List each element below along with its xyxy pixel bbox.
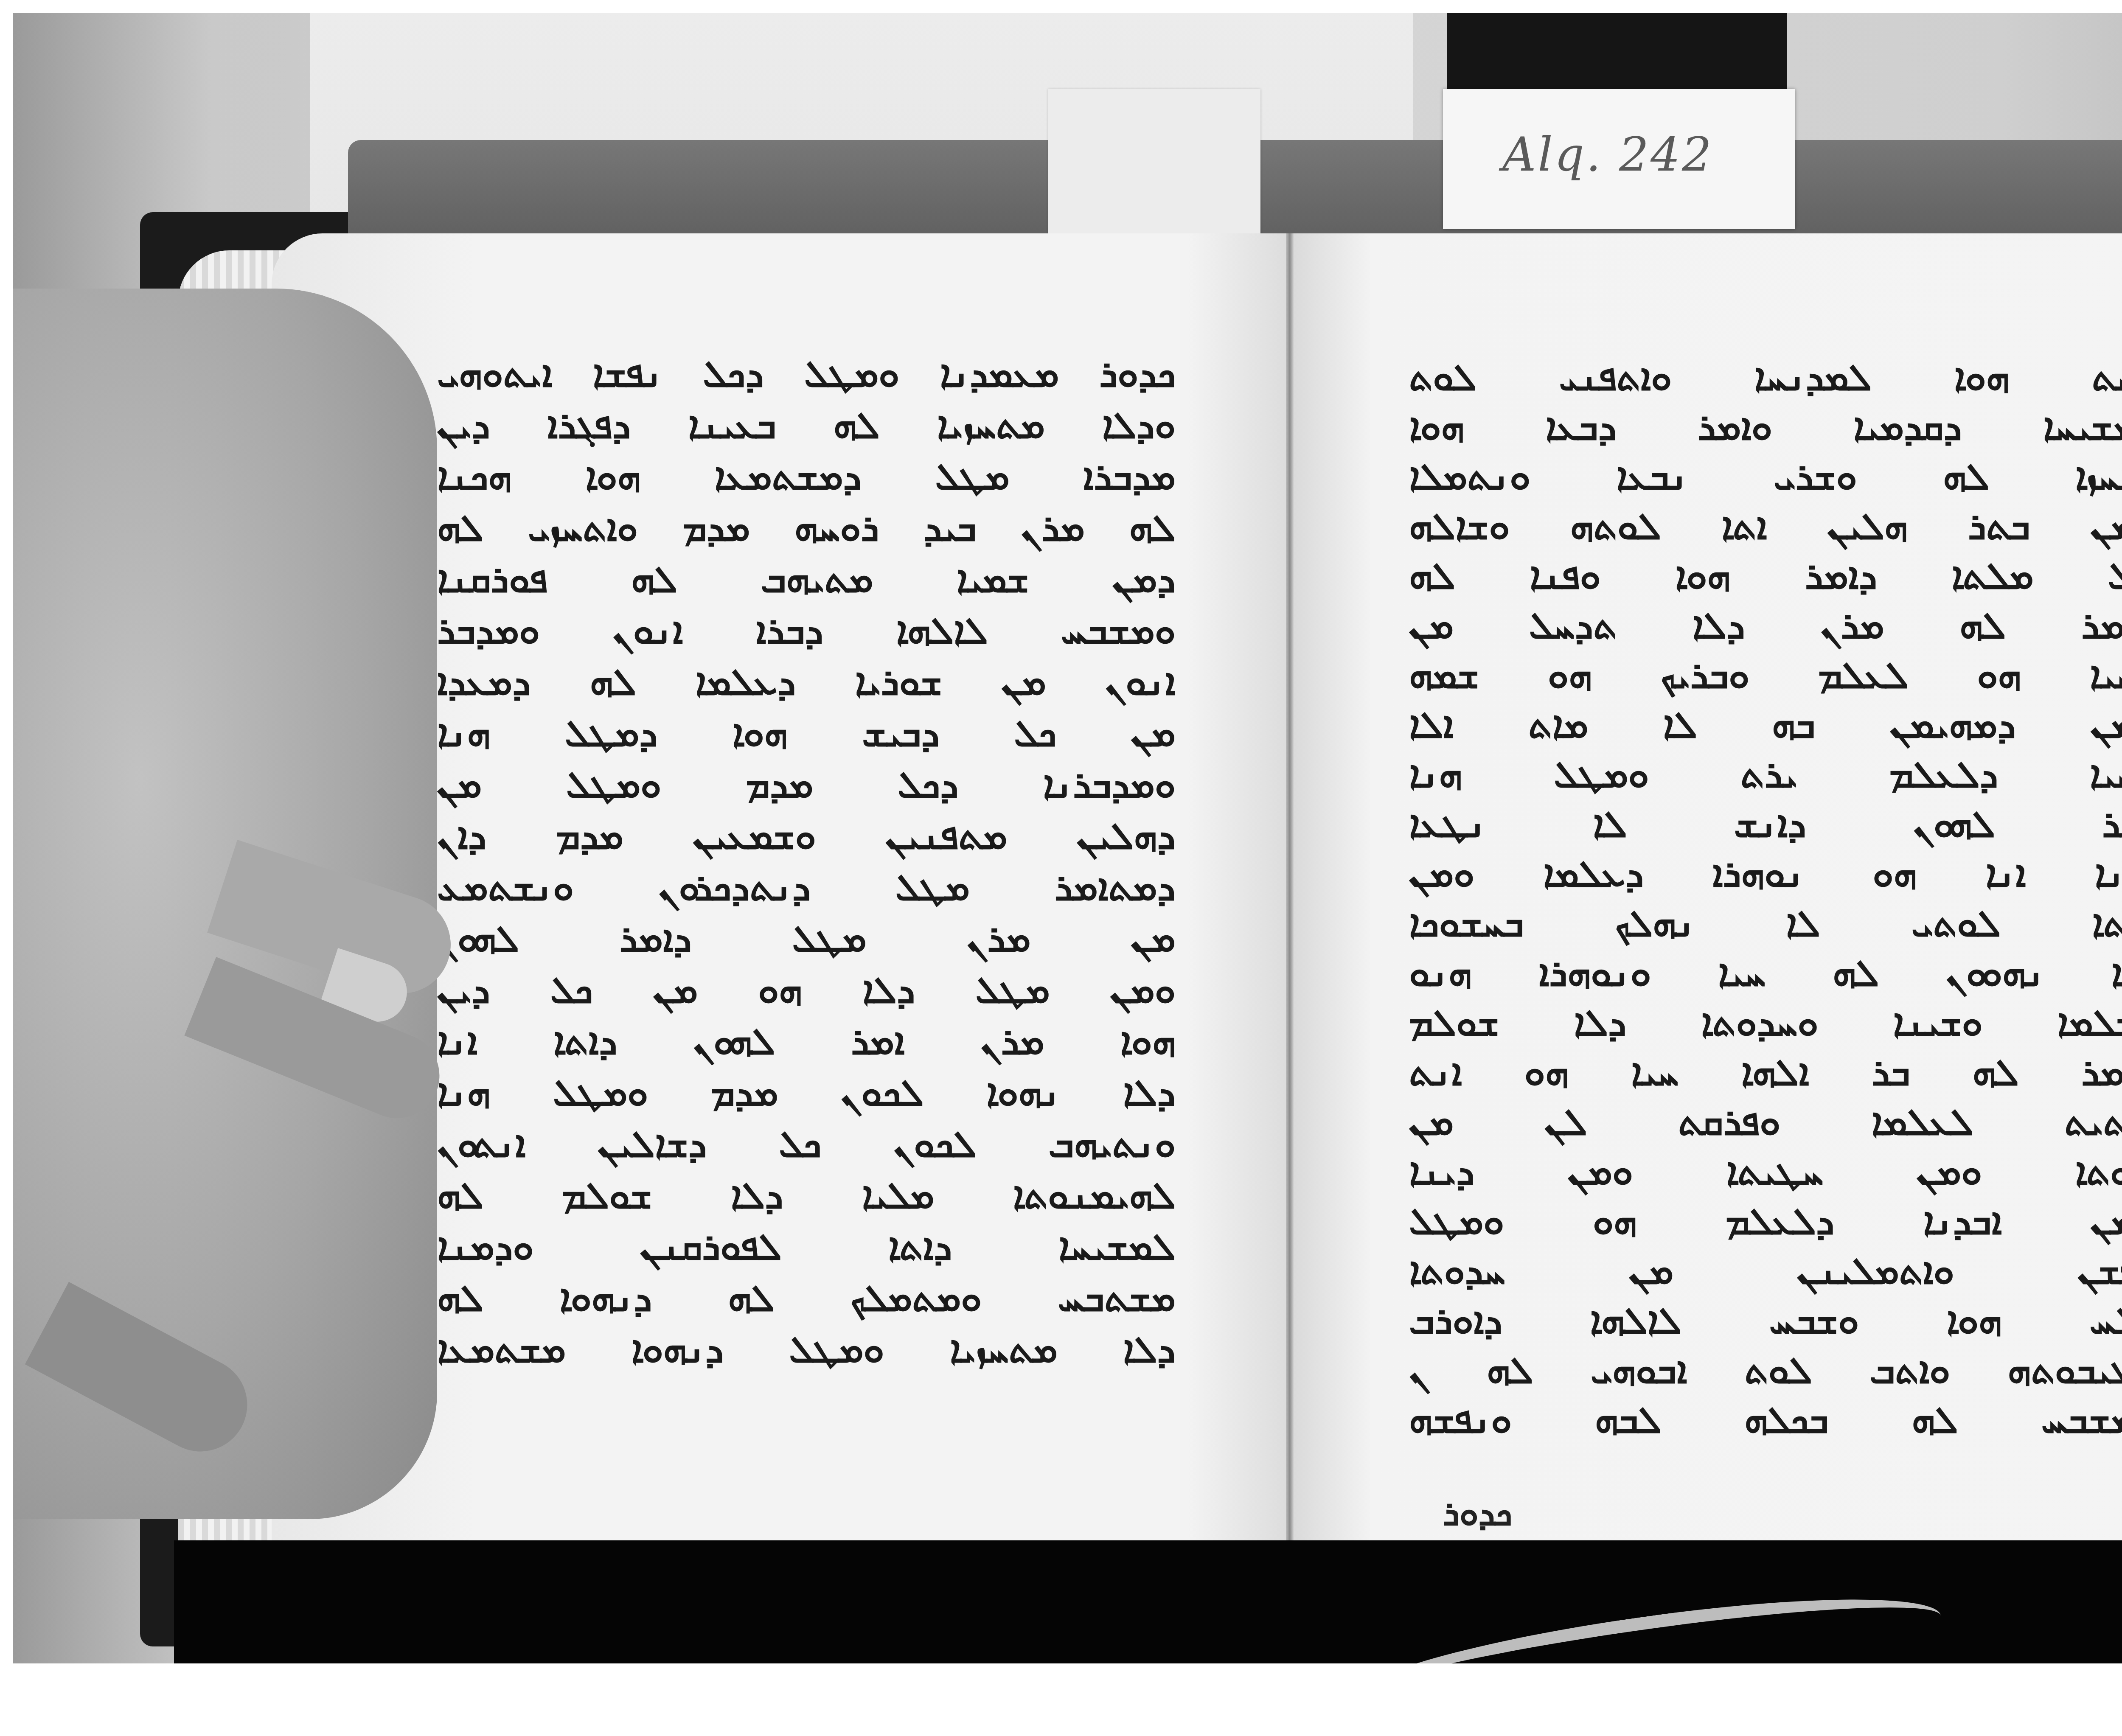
manuscript-line: ܘܐܡܪ ܠܗ ܒܪ ܐܠܗܐ ܚܝܐ ܗܘ ܐܢܬ (1409, 1047, 2122, 1097)
shelf-label: Alq. 242 (1443, 89, 1795, 229)
manuscript-line: ܦܠܚ ܗܘܐ ܘܫܒܚ ܠܐܠܗܐ ܕܐܘܪܒ (1409, 1296, 2122, 1345)
manuscript-line: ܘܡܢ ܒܬܪ ܗܠܝܢ ܐܬܐ ܠܘܬܗ ܘܫܐܠܗ (1409, 501, 2122, 551)
photo-frame: Alq. 242 ܟܕܘܪ ܡܥܡܕܢܐ ܘܡܛܠ ܕܟܠ ܢܦܫܐ ܐܝܬܘܗ… (13, 13, 2122, 1663)
manuscript-line: ܢܦܫܢ ܘܐܬܡܠܝܢܢ ܡܢ ܚܕܘܬܐ (1409, 1246, 2122, 1296)
manuscript-line: ܠܗ ܡܪܢ ܒܝܕ ܪܘܚܗ ܡܕܡ ܘܐܬܚܙܝ ܠܗ (437, 502, 1176, 553)
right-page-text: ܢܚܬ ܗܘܐ ܠܡܕܢܚܐ ܘܐܬܦܢܝ ܠܘܬ ܕܡܫܝܚܐ ܕܩܕܡܝܐ … (1409, 352, 2122, 1444)
manuscript-line: ܡܫܬܒܚ ܘܡܬܡܠܟ ܠܗ ܕܢܗܘܐ ܠܗ (437, 1272, 1176, 1324)
manuscript-line: ܗܘܐ ܡܪܢ ܐܡܪ ܠܗܘܢ ܕܐܬܐ ܐܢܐ (437, 1015, 1176, 1067)
manuscript-line: ܘܡܢ ܐܒܕܢܐ ܕܠܥܠܡ ܗܘ ܘܡܛܠ (1409, 1196, 2122, 1246)
manuscript-line: ܕܡܫܝܚܐ ܕܩܕܡܝܐ ܘܐܡܪ ܕܒܥܐ ܗܘܐ (1409, 402, 2122, 452)
manuscript-line: ܟܕܘܪ ܡܥܡܕܢܐ ܘܡܛܠ ܕܟܠ ܢܦܫܐ ܐܝܬܘܗܝ (437, 348, 1176, 399)
manuscript-line: ܕܚܝܐ ܗܘ ܠܥܠܡ ܘܒܪܝܟ ܗܘ ܫܡܗ (1409, 650, 2122, 700)
manuscript-line: ܘܢܬܝܗܒ ܠܟܘܢ ܟܠ ܕܫܐܠܝܢ ܐܢܬܘܢ (437, 1118, 1176, 1169)
manuscript-line: ܠܡܫܝܚܐ ܕܐܬܐ ܠܦܘܪܩܢܢ ܘܕܡܢܐ (437, 1221, 1176, 1272)
manuscript-line: ܕܠܐ ܢܗܘܐ ܠܟܘܢ ܡܕܡ ܘܡܛܠ ܗܢܐ (437, 1067, 1176, 1118)
manuscript-line: ܐܢܘܢ ܡܢ ܫܘܪܝܐ ܕܥܠܡܐ ܠܗ ܕܡܥܕܐ (437, 656, 1176, 707)
manuscript-line: ܕܡܢ ܫܡܝܐ ܡܬܝܗܒ ܠܗ ܦܘܪܩܢܐ (437, 553, 1176, 605)
manuscript-line: ܕܐܬܐ ܠܘܬܝ ܠܐ ܢܗܠܟ ܒܚܫܘܟܐ (1409, 898, 2122, 948)
manuscript-line: ܐܡܪ ܠܗܘܢ ܕܐܢܫ ܠܐ ܢܛܥܐ (1409, 799, 2122, 849)
manuscript-line: ܕܫܠܡܐ ܘܫܝܢܐ ܘܚܕܘܬܐ ܕܠܐ ܫܘܠܡ (1409, 998, 2122, 1047)
manuscript-line: ܕܢܚܙܐ ܠܗ ܘܫܪܝ ܢܒܥܐ ܘܢܬܡܠܐ (1409, 452, 2122, 501)
manuscript-line: ܘܕܠܐ ܡܬܚܙܝܐ ܠܗ ܒܥܝܢܐ ܕܦܓܪܐ ܕܝܢ (437, 399, 1176, 451)
manuscript-line: ܕܗܠܝܢ ܡܬܦܢܝܢ ܘܫܡܥܝܢ ܡܕܡ ܕܐܢ (437, 810, 1176, 861)
manuscript-line: ܘܡܕܒܪܢܐ ܕܟܠ ܡܕܡ ܘܡܛܠ ܡܢ (437, 759, 1176, 810)
manuscript-line: ܢܚܬ ܗܘܐ ܠܡܕܢܚܐ ܘܐܬܦܢܝ ܠܘܬ (1409, 352, 2122, 402)
manuscript-line: ܒܛܝܒܘܬܗ ܘܐܬܒ ܠܘܬ ܐܒܘܗܝ ܠܗ ܢ (1409, 1345, 2122, 1395)
manuscript-line: ܡܕܒܪܐ ܡܛܠ ܕܡܫܬܡܥܐ ܗܘܐ ܗܟܢܐ (437, 451, 1176, 502)
shelf-mark-text: Alq. 242 (1502, 127, 1713, 182)
book-gutter (1286, 233, 1294, 1634)
manuscript-line: ܕܐܬܝܬ ܠܥܠܡܐ ܘܦܪܩܬ ܠܢ ܡܢ (1409, 1097, 2122, 1147)
manuscript-line: ܡܢ ܟܠ ܕܒܝܫ ܗܘܐ ܕܡܛܠ ܗܢܐ (437, 707, 1176, 759)
manuscript-line: ܥܠ ܡܠܬܐ ܕܐܡܪ ܗܘܐ ܘܦܢܐ ܠܗ (1409, 551, 2122, 600)
manuscript-line: ܐܠܐ ܢܗܘܘܢ ܠܗ ܚܝܐ ܘܢܘܗܪܐ ܗܢܘ (1409, 948, 2122, 998)
manuscript-line: ܡܘܬܐ ܘܡܢ ܚܛܝܬܐ ܘܡܢ ܕܝܢܐ (1409, 1147, 2122, 1196)
manuscript-line: ܡܢ ܡܪܢ ܡܛܠ ܕܐܡܪ ܠܗܘܢ (437, 913, 1176, 964)
manuscript-line: ܠܗܝܡܢܘܬܐ ܡܠܝܐ ܕܠܐ ܫܘܠܡ ܠܗ (437, 1169, 1176, 1221)
manuscript-line: ܘܡܢ ܡܛܠ ܕܠܐ ܗܘ ܡܢ ܟܠ ܕܝܢ (437, 964, 1176, 1015)
manuscript-line: ܕܚܝܐ ܕܠܥܠܡ ܝܪܬ ܘܡܛܠ ܗܢܐ (1409, 749, 2122, 799)
manuscript-line: ܘܐܢܐ ܐܢܐ ܗܘ ܢܘܗܪܐ ܕܥܠܡܐ ܘܡܢ (1409, 849, 2122, 898)
catchword: ܟܕܘܪ (1443, 1494, 1512, 1534)
manuscript-line: ܕܠܐ ܡܬܚܙܝܐ ܘܡܛܠ ܕܢܗܘܐ ܡܫܬܡܥܐ (437, 1324, 1176, 1375)
manuscript-line: ܘܡܫܒܚ ܠܐܠܗܐ ܕܒܪܐ ܐܢܘܢ ܘܡܕܒܪ (437, 605, 1176, 656)
manuscript-line: ܕܡܬܐܡܪ ܡܛܠ ܕܢܬܕܟܪܘܢ ܘܢܫܬܡܥ (437, 861, 1176, 913)
left-page-text: ܟܕܘܪ ܡܥܡܕܢܐ ܘܡܛܠ ܕܟܠ ܢܦܫܐ ܐܝܬܘܗܝ ܘܕܠܐ ܡܬ… (437, 348, 1176, 1375)
manuscript-line: ܘܡܫܒܚ ܠܗ ܒܟܠܗ ܠܒܗ ܘܢܦܫܗ (1409, 1395, 2122, 1444)
manuscript-line: ܘܡܢ ܕܡܗܝܡܢ ܒܗ ܠܐ ܡܐܬ ܐܠܐ (1409, 700, 2122, 749)
manuscript-line: ܘܐܡܪ ܠܗ ܡܪܢ ܕܠܐ ܬܕܚܠ ܡܢ (1409, 600, 2122, 650)
